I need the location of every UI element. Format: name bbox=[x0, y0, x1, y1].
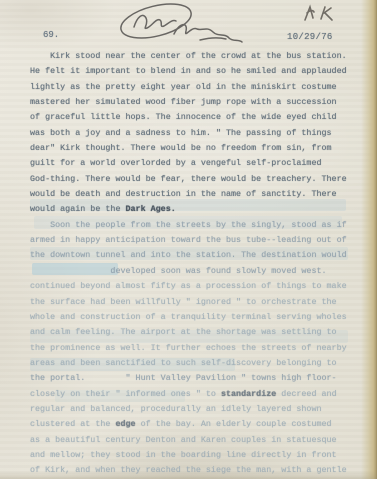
typed-line: mastered her simulated wood fiber jump r… bbox=[30, 95, 365, 110]
typed-line: developed soon was found slowly moved we… bbox=[30, 264, 365, 279]
typed-line: the portal. " Hunt Valley Pavilion " tow… bbox=[30, 371, 365, 386]
typed-line: areas and been sanctified to such self-d… bbox=[30, 356, 365, 371]
typed-line: continued beyond almost fifty as a proce… bbox=[30, 279, 365, 294]
typed-line: was both a joy and a sadness to him. " T… bbox=[30, 126, 365, 141]
typed-line: closely on their " informed ones " to st… bbox=[30, 387, 365, 402]
typed-line: and calm feeling. The airport at the sho… bbox=[30, 325, 365, 340]
page-number: 69. bbox=[43, 30, 59, 40]
typed-line: and mellow; they stood in the boarding l… bbox=[30, 448, 365, 463]
typed-line: of graceful little hops. The innocence o… bbox=[30, 110, 365, 125]
typed-line: clustered at the edge of the bay. An eld… bbox=[30, 417, 365, 432]
typed-line: the prominence as well. It further echoe… bbox=[30, 341, 365, 356]
handwritten-initials bbox=[301, 4, 335, 26]
typed-line: regular and balanced, procedurally an id… bbox=[30, 402, 365, 417]
scanned-document-page: 69. 10/29/76 Kirk stood near the center … bbox=[0, 0, 377, 479]
typed-line: He felt it important to blend in and so … bbox=[30, 64, 365, 79]
typed-line: Kirk stood near the center of the crowd … bbox=[30, 49, 365, 64]
typed-line: the downtown tunnel and into the station… bbox=[30, 248, 365, 263]
typed-line: lightly as the pretty eight year old in … bbox=[30, 80, 365, 95]
page-edge bbox=[361, 0, 377, 479]
typed-line: guilt for a world overlorded by a vengef… bbox=[30, 156, 365, 171]
typed-line: dear" Kirk thought. There would be no fr… bbox=[30, 141, 365, 156]
typed-text: Kirk stood near the center of the crowd … bbox=[30, 49, 365, 479]
page-bottom-shadow bbox=[0, 471, 377, 479]
date-stamp: 10/29/76 bbox=[287, 32, 333, 42]
typed-line: Soon the people from the streets by the … bbox=[30, 218, 365, 233]
typed-line: the surface had been willfully " ignored… bbox=[30, 295, 365, 310]
typed-line: would again be the Dark Ages. bbox=[30, 202, 365, 217]
handwritten-signature-icon bbox=[104, 0, 269, 54]
typed-line: whole and construction of a tranquility … bbox=[30, 310, 365, 325]
typed-line: would be death and destruction in the na… bbox=[30, 187, 365, 202]
typed-line: God-thing. There would be fear, there wo… bbox=[30, 172, 365, 187]
typed-line: as a beautiful century Denton and Karen … bbox=[30, 433, 365, 448]
typed-line: armed in happy anticipation toward the b… bbox=[30, 233, 365, 248]
